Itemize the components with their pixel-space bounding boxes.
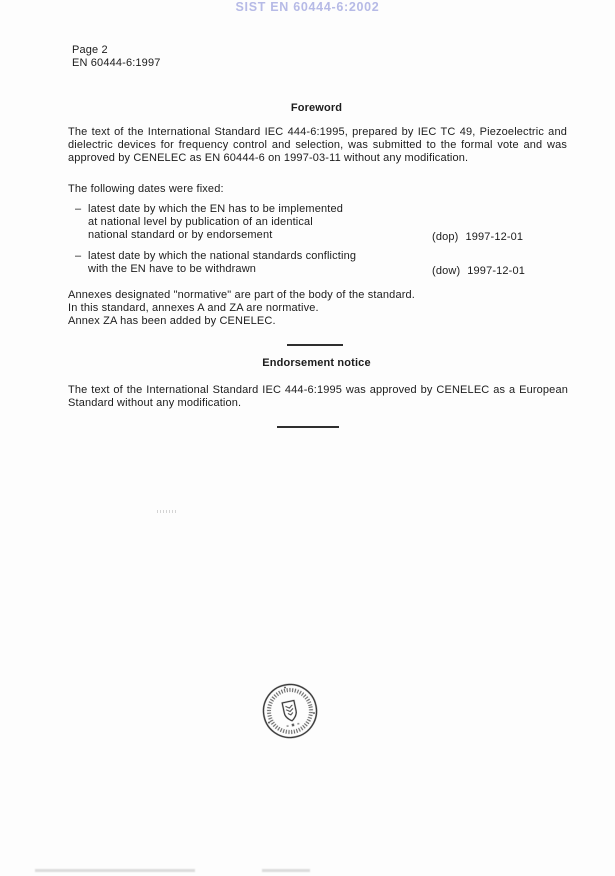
scan-artifact-dots bbox=[157, 510, 177, 513]
annex-note-line-2: In this standard, annexes A and ZA are n… bbox=[68, 302, 578, 315]
date-item-2-text: latest date by which the national standa… bbox=[88, 250, 418, 276]
separator-rule-1 bbox=[287, 344, 343, 346]
watermark-text: SIST EN 60444-6:2002 bbox=[0, 0, 615, 14]
date-item-1-line-1: latest date by which the EN has to be im… bbox=[88, 203, 408, 216]
annex-note: Annexes designated "normative" are part … bbox=[68, 289, 578, 329]
annex-note-line-1: Annexes designated "normative" are part … bbox=[68, 289, 578, 302]
date-item-1-text: latest date by which the EN has to be im… bbox=[88, 203, 408, 243]
date-item-2-line-2: with the EN have to be withdrawn bbox=[88, 263, 418, 276]
endorsement-title: Endorsement notice bbox=[68, 357, 565, 370]
date-item-1-line-3: national standard or by endorsement bbox=[88, 229, 408, 242]
dow-date: 1997-12-01 bbox=[467, 265, 525, 277]
date-item-1-dash: – bbox=[75, 203, 81, 216]
foreword-title: Foreword bbox=[68, 102, 565, 115]
document-page: SIST EN 60444-6:2002 Page 2 EN 60444-6:1… bbox=[0, 0, 615, 876]
separator-rule-2 bbox=[277, 426, 339, 428]
endorsement-paragraph: The text of the International Standard I… bbox=[68, 384, 568, 410]
date-item-1-value: (dop)1997-12-01 bbox=[432, 231, 523, 243]
annex-note-line-3: Annex ZA has been added by CENELEC. bbox=[68, 315, 578, 328]
official-stamp-svg bbox=[252, 673, 328, 749]
scan-artifact-bottom-mid bbox=[262, 869, 310, 872]
page-header: Page 2 EN 60444-6:1997 bbox=[72, 44, 160, 70]
official-stamp-icon bbox=[252, 673, 328, 749]
foreword-paragraph: The text of the International Standard I… bbox=[68, 126, 567, 166]
date-item-1-line-2: at national level by publication of an i… bbox=[88, 216, 408, 229]
date-item-2-value: (dow)1997-12-01 bbox=[432, 265, 525, 277]
standard-reference: EN 60444-6:1997 bbox=[72, 57, 160, 70]
date-item-2-dash: – bbox=[75, 250, 81, 263]
dop-code: (dop) bbox=[432, 231, 458, 243]
dates-intro: The following dates were fixed: bbox=[68, 183, 224, 196]
scan-artifact-bottom-left bbox=[35, 869, 195, 872]
dop-date: 1997-12-01 bbox=[465, 231, 523, 243]
date-item-2-line-1: latest date by which the national standa… bbox=[88, 250, 418, 263]
dow-code: (dow) bbox=[432, 265, 460, 277]
page-number: Page 2 bbox=[72, 44, 160, 57]
